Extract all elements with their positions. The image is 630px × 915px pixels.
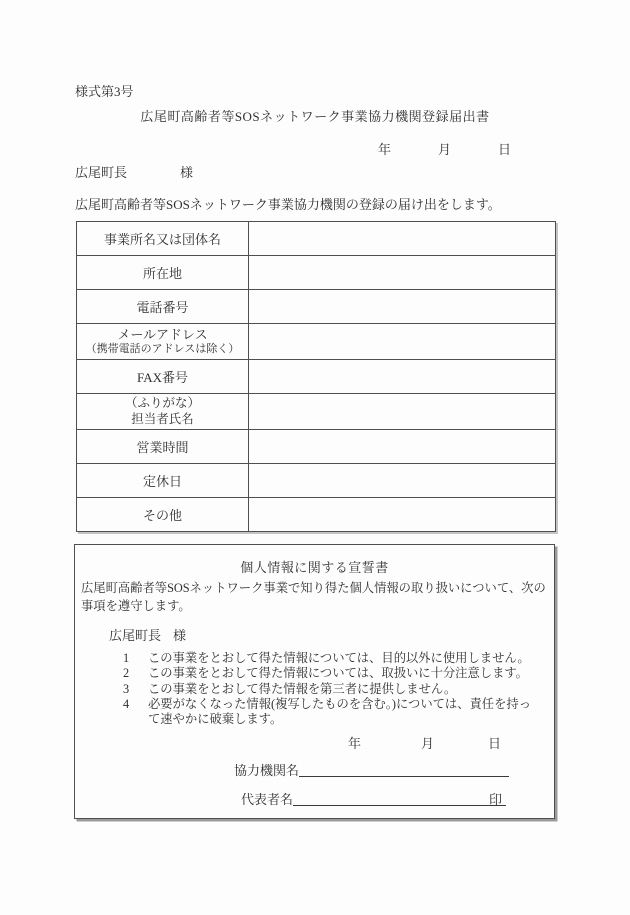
- header-date-line: 年 月 日: [0, 139, 630, 155]
- table-row: その他: [77, 498, 556, 532]
- table-row: 電話番号: [77, 290, 556, 324]
- table-row: メールアドレス （携帯電話のアドレスは除く）: [77, 324, 556, 360]
- pledge-item-list: 1 この事業をとおして得た情報については、目的以外に使用しません。 2 この事業…: [123, 651, 543, 727]
- table-row: 所在地: [77, 256, 556, 290]
- pledge-item: 4 必要がなくなった情報(複写したものを含む。)については、責任を持って速やかに…: [123, 697, 543, 728]
- row-input-cell: [249, 464, 556, 498]
- addressee-line: 広尾町長様: [75, 162, 193, 181]
- table-row: 事業所名又は団体名: [77, 222, 556, 256]
- item-text: この事業をとおして得た情報を第三者に提供しません。: [148, 682, 543, 697]
- row-input-cell: [249, 290, 556, 324]
- item-number: 2: [123, 666, 148, 681]
- month-label: 月: [438, 139, 451, 158]
- item-text: 必要がなくなった情報(複写したものを含む。)については、責任を持って速やかに破棄…: [148, 697, 543, 728]
- representative-signature-line: 印: [293, 789, 506, 806]
- intro-text: 広尾町高齢者等SOSネットワーク事業協力機関の登録の届け出をします。: [75, 194, 501, 213]
- pledge-addressee-line: 広尾町長様: [109, 625, 186, 644]
- row-label-main: メールアドレス: [77, 327, 248, 343]
- row-input-cell: [249, 256, 556, 290]
- day-label: 日: [498, 139, 511, 158]
- year-label: 年: [348, 733, 361, 752]
- table-row: 定休日: [77, 464, 556, 498]
- row-label: 所在地: [77, 256, 249, 290]
- row-label: 営業時間: [77, 430, 249, 464]
- representative-row: 代表者名印: [241, 789, 506, 806]
- seal-mark: 印: [489, 792, 502, 807]
- representative-label: 代表者名: [241, 789, 293, 806]
- document-page: 様式第3号 広尾町高齢者等SOSネットワーク事業協力機関登録届出書 年 月 日 …: [0, 0, 630, 915]
- row-label: メールアドレス （携帯電話のアドレスは除く）: [77, 324, 249, 360]
- row-input-cell: [249, 222, 556, 256]
- row-label: その他: [77, 498, 249, 532]
- row-label-note: （携帯電話のアドレスは除く）: [77, 343, 248, 357]
- org-name-label: 協力機関名: [234, 760, 299, 777]
- row-input-cell: [249, 324, 556, 360]
- table-row: FAX番号: [77, 360, 556, 394]
- day-label: 日: [488, 733, 501, 752]
- month-label: 月: [421, 733, 434, 752]
- table-row: （ふりがな） 担当者氏名: [77, 394, 556, 430]
- item-number: 3: [123, 682, 148, 697]
- pledge-item: 2 この事業をとおして得た情報については、取扱いに十分注意します。: [123, 666, 543, 681]
- document-title: 広尾町高齢者等SOSネットワーク事業協力機関登録届出書: [0, 106, 630, 125]
- row-label: 電話番号: [77, 290, 249, 324]
- form-number: 様式第3号: [75, 81, 134, 100]
- row-input-cell: [249, 498, 556, 532]
- org-name-signature-line: [299, 760, 509, 777]
- row-label-main: 担当者氏名: [77, 412, 248, 428]
- item-number: 4: [123, 697, 148, 728]
- pledge-body: 広尾町高齢者等SOSネットワーク事業で知り得た個人情報の取り扱いについて、次の事…: [81, 579, 549, 615]
- table-row: 営業時間: [77, 430, 556, 464]
- row-input-cell: [249, 360, 556, 394]
- addressee-name: 広尾町長: [75, 165, 127, 180]
- pledge-addressee-honorific: 様: [173, 628, 186, 643]
- row-label: 事業所名又は団体名: [77, 222, 249, 256]
- org-name-row: 協力機関名: [234, 760, 509, 777]
- year-label: 年: [378, 139, 391, 158]
- addressee-honorific: 様: [180, 165, 193, 180]
- pledge-item: 3 この事業をとおして得た情報を第三者に提供しません。: [123, 682, 543, 697]
- row-label: 定休日: [77, 464, 249, 498]
- item-text: この事業をとおして得た情報については、取扱いに十分注意します。: [148, 666, 543, 681]
- row-input-cell: [249, 430, 556, 464]
- row-input-cell: [249, 394, 556, 430]
- pledge-date-line: 年 月 日: [75, 733, 554, 749]
- pledge-box: 個人情報に関する宣誓書 広尾町高齢者等SOSネットワーク事業で知り得た個人情報の…: [74, 544, 555, 819]
- row-label: （ふりがな） 担当者氏名: [77, 394, 249, 430]
- pledge-title: 個人情報に関する宣誓書: [75, 557, 554, 576]
- row-label-furigana: （ふりがな）: [77, 396, 248, 412]
- item-number: 1: [123, 651, 148, 666]
- row-label: FAX番号: [77, 360, 249, 394]
- pledge-item: 1 この事業をとおして得た情報については、目的以外に使用しません。: [123, 651, 543, 666]
- pledge-addressee-name: 広尾町長: [109, 628, 161, 643]
- registration-table: 事業所名又は団体名 所在地 電話番号 メールアドレス （携帯電話のアドレスは除く…: [76, 221, 556, 532]
- item-text: この事業をとおして得た情報については、目的以外に使用しません。: [148, 651, 543, 666]
